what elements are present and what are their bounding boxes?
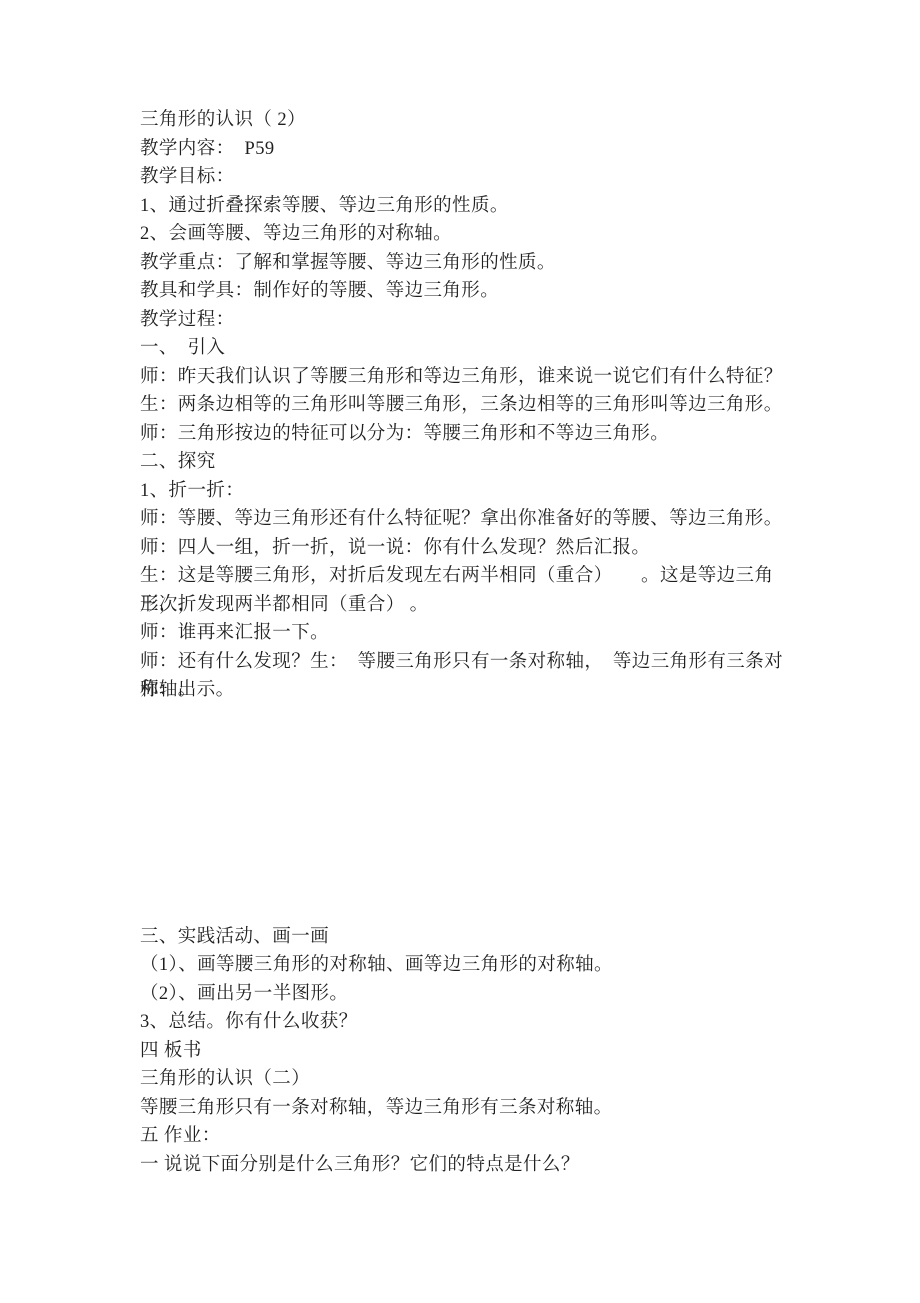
doc-line-teacher-7: 师：出示。 [140,676,800,705]
doc-line-student-2b: 三次，发现两半都相同（重合） 。 [140,591,800,620]
doc-line-board-content: 等腰三角形只有一条对称轴，等边三角形有三条对称轴。 [140,1094,800,1123]
doc-line-teaching-aids: 教具和学具：制作好的等腰、等边三角形。 [140,277,800,306]
doc-line-teacher-3: 师：等腰、等边三角形还有什么特征呢？拿出你准备好的等腰、等边三角形。 [140,505,800,534]
doc-line-teacher-4: 师：四人一组，折一折，说一说：你有什么发现？然后汇报。 [140,534,800,563]
doc-line-teacher-5: 师：谁再来汇报一下。 [140,619,800,648]
doc-line-student-1: 生：两条边相等的三角形叫等腰三角形，三条边相等的三角形叫等边三角形。 [140,391,800,420]
doc-line-process-heading: 教学过程： [140,306,800,335]
doc-line-section-5-homework: 五 作业： [140,1122,800,1151]
blank-figure-area [140,705,800,923]
doc-line-section-3-practice: 三、实践活动、画一画 [140,923,800,952]
doc-line-fold-heading: 1、折一折： [140,477,800,506]
doc-line-student-2a: 生：这是等腰三角形，对折后发现左右两半相同（重合） 。这是等边三角形，折 [140,562,800,591]
doc-line-teacher-2: 师：三角形按边的特征可以分为：等腰三角形和不等边三角形。 [140,420,800,449]
doc-line-practice-2: （2）、画出另一半图形。 [140,980,800,1009]
doc-line-teaching-goals-heading: 教学目标： [140,163,800,192]
doc-line-teacher-1: 师：昨天我们认识了等腰三角形和等边三角形，谁来说一说它们有什么特征？ [140,363,800,392]
doc-line-teaching-focus: 教学重点：了解和掌握等腰、等边三角形的性质。 [140,249,800,278]
document-page: 三角形的认识（ 2） 教学内容： P59 教学目标： 1、通过折叠探索等腰、等边… [140,106,800,1179]
doc-line-goal-2: 2、会画等腰、等边三角形的对称轴。 [140,220,800,249]
doc-line-teacher-6: 师：还有什么发现？生： 等腰三角形只有一条对称轴， 等边三角形有三条对称轴。 [140,648,800,677]
doc-line-homework-1: 一 说说下面分别是什么三角形？它们的特点是什么？ [140,1151,800,1180]
doc-line-practice-1: （1）、画等腰三角形的对称轴、画等边三角形的对称轴。 [140,951,800,980]
doc-line-board-title: 三角形的认识（二） [140,1065,800,1094]
doc-line-teaching-content: 教学内容： P59 [140,135,800,164]
doc-line-goal-1: 1、通过折叠探索等腰、等边三角形的性质。 [140,192,800,221]
doc-line-section-4-board: 四 板书 [140,1037,800,1066]
doc-title: 三角形的认识（ 2） [140,106,800,135]
doc-line-section-1-intro: 一、 引入 [140,334,800,363]
doc-line-summary: 3、总结。你有什么收获？ [140,1008,800,1037]
doc-line-section-2-explore: 二、探究 [140,448,800,477]
